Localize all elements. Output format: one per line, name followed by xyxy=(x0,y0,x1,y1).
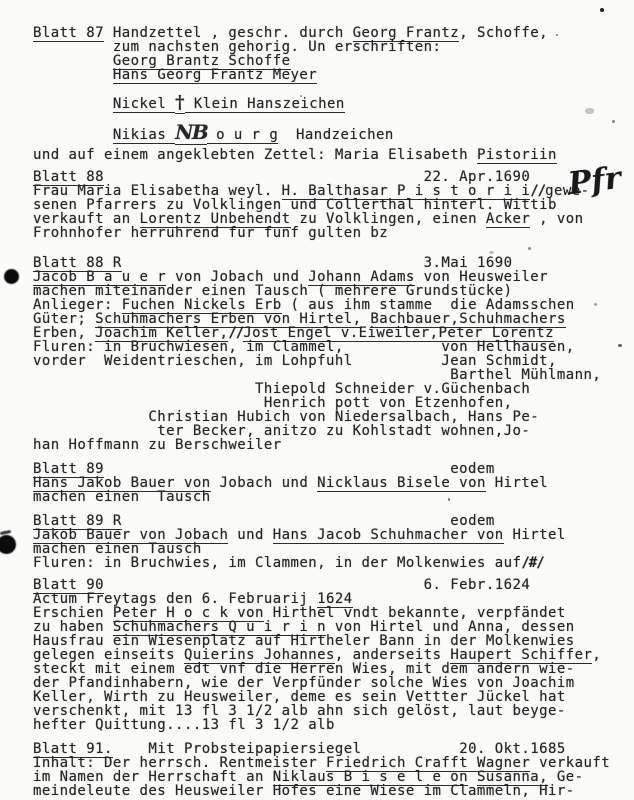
text-line: Nikias NB o u r g Handzeichen xyxy=(33,125,632,142)
text-line: Keller, Wirth zu Heusweiler, deme es sei… xyxy=(33,690,632,704)
text-line: Nickel † Klein Hanszeichen xyxy=(33,96,632,111)
line-spacer xyxy=(33,240,632,256)
text-run: meindeleute des Heusweiler Hofes eine Wi… xyxy=(33,783,575,799)
text-line: Barthel Mühlmann, xyxy=(33,368,632,382)
text-run: hefter Quittung....13 fl 3 1/2 alb xyxy=(33,717,335,733)
text-run: han Hoffmann zu Berschweiler xyxy=(33,437,282,453)
text-line: vorder Weidentrieschen, im Lohpfuhl Jean… xyxy=(33,354,632,368)
text-run: Hirtel xyxy=(486,475,548,491)
punch-hole xyxy=(4,269,19,284)
text-line: Hans Jakob Bauer von Jobach und Nicklaus… xyxy=(33,476,632,490)
text-run: und xyxy=(228,527,272,543)
document-lines: Blatt 87 Handzettel , geschr. durch Geor… xyxy=(33,26,632,798)
text-line: verkauft an Lorentz Unbehendt zu Volklin… xyxy=(33,212,632,226)
text-line: Frohnhofer herruhrend fur funf gulten bz xyxy=(33,226,632,240)
noise-speck xyxy=(448,498,450,501)
text-line: Blatt 88 22. Apr.1690 xyxy=(33,170,632,184)
text-line: Erben, Joachim Keller,//Jost Engel v.Eiw… xyxy=(33,326,632,340)
text-line: Blatt 90 6. Febr.1624 xyxy=(33,578,632,592)
text-line: Blatt 87 Handzettel , geschr. durch Geor… xyxy=(33,26,632,40)
text-run: Hirtel xyxy=(504,527,566,543)
line-spacer xyxy=(33,111,632,125)
text-run: Hans Jacob Schuhmacher von xyxy=(273,527,504,544)
text-run: Frohnhofer herruhrend fur funf gulten bz xyxy=(33,225,388,241)
text-run: Nickel xyxy=(113,96,175,113)
text-run: , xyxy=(592,647,601,663)
text-line: Fluren: in Bruchwiesen, im Clammel, von … xyxy=(33,340,632,354)
text-run: Handzeichen xyxy=(278,127,393,143)
text-run: o u r g xyxy=(207,127,278,144)
text-line: Henrich pott von Etzenhofen, xyxy=(33,396,632,410)
text-line: Inhalt: Der herrsch. Rentmeister Friedri… xyxy=(33,756,632,770)
handwritten-mono-mark: NB xyxy=(175,120,207,145)
text-line: Anlieger: Fuchen Nickels Erb ( aus ihm s… xyxy=(33,298,632,312)
text-line: zum nachsten gehorig. Un erschriften: xyxy=(33,40,632,54)
noise-speck xyxy=(585,108,594,114)
text-line: der Pfandinhabern, wie der Verpfünder so… xyxy=(33,676,632,690)
text-line: Hausfrau ein Wiesenplatz auf Hirtheler B… xyxy=(33,634,632,648)
text-run: , von xyxy=(530,211,583,227)
text-line: im Namen der Herrschaft an Niklaus B i s… xyxy=(33,770,632,784)
text-line: Blatt 89 R eodem xyxy=(33,514,632,528)
text-line: steckt mit einem edt vnf die Herren Wies… xyxy=(33,662,632,676)
text-run: Klein Hanszeichen xyxy=(185,96,345,113)
handwritten-slash-mark: /#/ xyxy=(521,555,543,571)
text-line: Thiepold Schneider v.Güchenbach xyxy=(33,382,632,396)
text-run: , Schoffe, xyxy=(459,25,548,41)
handwritten-cross-mark: † xyxy=(175,92,185,114)
text-line: meindeleute des Heusweiler Hofes eine Wi… xyxy=(33,784,632,798)
text-run: Pistoriin xyxy=(477,147,557,164)
noise-speck xyxy=(556,34,558,36)
noise-speck xyxy=(528,247,531,250)
text-line: Christian Hubich von Niedersalbach, Hans… xyxy=(33,410,632,424)
text-line: Fluren: in Bruchwies, im Clammen, in der… xyxy=(33,556,632,570)
text-run xyxy=(33,127,113,143)
text-line: verschenkt, mit 13 fl 3 1/2 alb ahn sich… xyxy=(33,704,632,718)
text-line: Güter; Schuhmachers Erben von Hirtel, Ba… xyxy=(33,312,632,326)
text-line: Blatt 89 eodem xyxy=(33,462,632,476)
text-line: senen Pfarrers zu Volklingen und Collert… xyxy=(33,198,632,212)
noise-speck xyxy=(489,251,494,254)
text-run xyxy=(33,67,113,83)
text-line: machen einen Tausch xyxy=(33,542,632,556)
text-run: machen einen Tausch xyxy=(33,489,211,505)
text-run: Acker xyxy=(486,211,530,228)
noise-speck xyxy=(618,344,622,347)
text-line: Georg Brantz Schoffe xyxy=(33,54,632,68)
scanned-document-page: Blatt 87 Handzettel , geschr. durch Geor… xyxy=(0,0,634,800)
handwritten-signature: Pfr xyxy=(566,160,623,202)
text-run: Nicklaus Bisele von xyxy=(317,475,486,492)
noise-speck xyxy=(300,95,302,97)
text-line: machen miteinander einen Tausch ( mehrer… xyxy=(33,284,632,298)
noise-speck xyxy=(612,120,615,123)
text-run: und auf einem angeklebten Zettel: Maria … xyxy=(33,147,477,163)
text-line: Blatt 91. Mit Probsteipapiersiegel 20. O… xyxy=(33,742,632,756)
text-line: Frau Maria Elisabetha weyl. H. Balthasar… xyxy=(33,184,632,198)
text-run: Hans Georg Frantz Meyer xyxy=(113,67,317,84)
text-line: und auf einem angeklebten Zettel: Maria … xyxy=(33,148,632,162)
text-run: Nikias xyxy=(113,127,175,144)
text-line: Actum Freytags den 6. Februarij 1624 xyxy=(33,592,632,606)
text-line: Blatt 88 R 3.Mai 1690 xyxy=(33,256,632,270)
noise-speck xyxy=(594,303,597,306)
text-line: Jakob Bauer von Jobach und Hans Jacob Sc… xyxy=(33,528,632,542)
text-line: han Hoffmann zu Berschweiler xyxy=(33,438,632,452)
text-run: Jobach und xyxy=(211,475,318,491)
text-run xyxy=(33,96,113,112)
text-line: ter Becker, anitzo zu Kohlstadt wohnen,J… xyxy=(33,424,632,438)
noise-speck xyxy=(600,8,604,12)
text-line: zu haben Schuhmachers Q u i r i n von Hi… xyxy=(33,620,632,634)
text-line: Hans Georg Frantz Meyer xyxy=(33,68,632,82)
text-line: hefter Quittung....13 fl 3 1/2 alb xyxy=(33,718,632,732)
text-line: Erschien Peter H o c k von Hirthel vndt … xyxy=(33,606,632,620)
punch-hole xyxy=(0,535,16,554)
line-spacer xyxy=(33,82,632,96)
text-line: gelegen einseits Quierins Johannes, ande… xyxy=(33,648,632,662)
text-line: machen einen Tausch xyxy=(33,490,632,504)
text-line: Jacob B a u e r von Jobach und Johann Ad… xyxy=(33,270,632,284)
text-run: Fluren: in Bruchwies, im Clammen, in der… xyxy=(33,555,521,571)
